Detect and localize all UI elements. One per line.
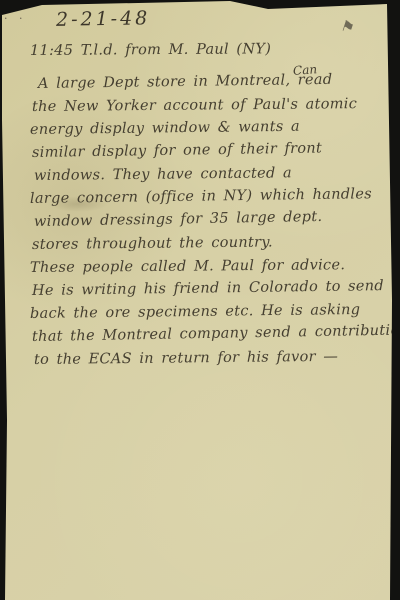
note-line: A large Dept store in Montreal, read: [38, 68, 375, 96]
note-date: 2-21-48: [56, 7, 151, 31]
pin-mark-icon: ⚑: [339, 16, 357, 37]
note-line: 11:45 T.l.d. from M. Paul (NY): [30, 38, 375, 63]
note-line: window dressings for 35 large dept.: [34, 205, 375, 234]
note-line: to the ECAS in return for his favor —: [34, 345, 375, 372]
note-line: that the Montreal company send a contrib…: [32, 320, 375, 349]
note-line: stores throughout the country.: [32, 230, 375, 257]
note-body: 11:45 T.l.d. from M. Paul (NY) A large D…: [30, 40, 375, 372]
note-line: similar display for one of their front: [32, 137, 375, 165]
note-paper: · · ⚑ 2-21-48 11:45 T.l.d. from M. Paul …: [0, 0, 400, 600]
inserted-word: Can: [293, 62, 318, 78]
corner-dots: · ·: [4, 12, 27, 25]
